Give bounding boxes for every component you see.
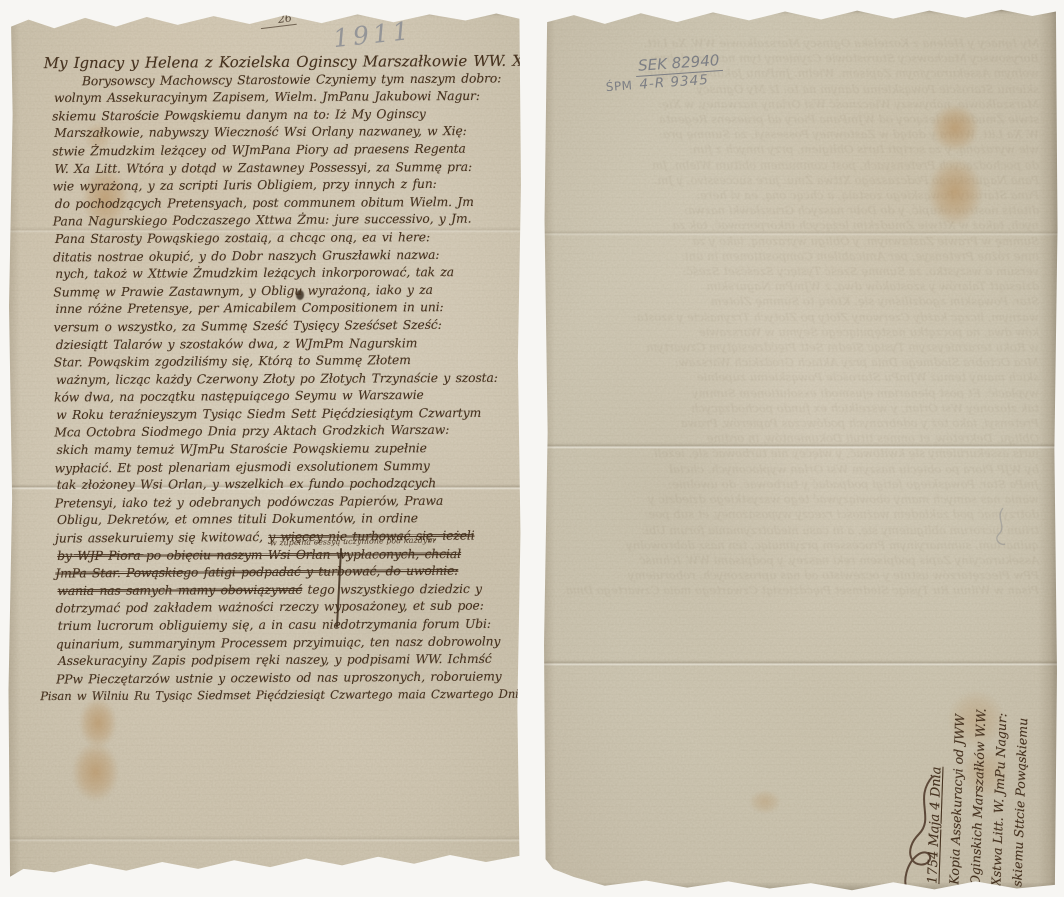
struck-text: JmPa Star. Powąskiego fatigi podpadać y … (55, 564, 458, 581)
manuscript-verso-page: My Ignacy y Helena z Kozielska Oginscy M… (543, 8, 1058, 892)
show-through-line: Star. Powąskim zgodziliśmy się, Którą to… (561, 294, 1039, 309)
manuscript-line: wania nas samych mamy obowiązywać tego w… (57, 581, 513, 601)
verso-docket: 1754 Maja 4 DniaKopia Assekuracyi od JWW… (922, 649, 1042, 888)
water-stain (749, 790, 781, 814)
show-through-line: versum o wszystko, za Summę Sześć Tysięc… (561, 264, 1039, 279)
manuscript-line: W. Xa Litt. Wtóra y dotąd w Zastawney Po… (54, 158, 510, 178)
manuscript-line: skich mamy temuż WJmPu Staroście Powąski… (56, 440, 512, 460)
show-through-line: dotrzymać pod zakładem ważności rzeczy w… (561, 507, 1039, 522)
torn-edge (543, 8, 1058, 15)
manuscript-line: My Ignacy y Helena z Kozielska Oginscy M… (44, 53, 510, 73)
manuscript-line: w Roku teraźnieyszym Tysiąc Siedm Sett P… (56, 405, 512, 425)
water-stain (927, 158, 983, 226)
manuscript-line: Marszałkowie, nabywszy Wieczność Wsi Orl… (54, 123, 510, 143)
torn-edge (543, 882, 1058, 892)
shelfmark-fraction: SEK 82940 4-R 9345 (635, 52, 725, 92)
show-through-line: Pretensyi, iako też y odebranych podówcz… (561, 416, 1039, 431)
show-through-line: quinarium, summaryinym Processem przyimu… (561, 538, 1039, 553)
show-through-line: tak złożoney Wsi Orlan, y wszelkich ex f… (561, 401, 1039, 416)
torn-edge (8, 872, 522, 882)
show-through-line: wania nas samych mamy obowiązywać tego w… (561, 492, 1039, 507)
manuscript-line: versum o wszystko, za Summę Sześć Tysięc… (54, 316, 510, 337)
document-scan: 26 1911 My Ignacy y Helena z Kozielska O… (0, 0, 1064, 897)
show-through-line: dziesiątt Talarów y szostaków dwa, z WJm… (561, 279, 1039, 294)
manuscript-line: Pana Starosty Powąskiego zostaią, a chcą… (55, 229, 511, 249)
fold-crease (8, 836, 522, 842)
manuscript-line: Pisan w Wilniu Ru Tysiąc Siedmset Pięćdz… (40, 686, 514, 706)
show-through-line: trium lucrorum obliguiemy się, a in casu… (561, 523, 1039, 538)
manuscript-line: inne różne Pretensye, per Amicabilem Com… (55, 299, 511, 319)
show-through-line: ków dwa, na początku następuiącego Seymu… (561, 325, 1039, 340)
show-through-line: wypłacić. Et post plenariam ejusmodi exs… (561, 386, 1039, 401)
manuscript-line: tak złożoney Wsi Orlan, y wszelkich ex f… (57, 475, 513, 495)
manuscript-line: nych, takoż w Xttwie Żmudzkim leżących i… (55, 264, 511, 284)
archival-shelfmark: ŚPM SEK 82940 4-R 9345 (604, 52, 724, 94)
page-curl-shading (1038, 8, 1058, 892)
struck-text: by WJP Piora po obięciu naszym Wsi Orlan… (57, 547, 461, 563)
struck-text: wania nas samych mamy obowiązywać (57, 583, 302, 598)
manuscript-text: My Ignacy y Helena z Kozielska Oginscy M… (28, 52, 513, 706)
manuscript-line: do pochodzących Pretensyach, post commun… (55, 194, 511, 214)
show-through-line: Assekuracyiny Zapis podpisem ręki naszey… (561, 553, 1039, 568)
show-through-line: inne różne Pretensye, per Amicabilem Com… (561, 249, 1039, 264)
manuscript-line: stwie Żmudzkim leżącey od WJmPana Piory … (52, 140, 508, 161)
water-stain (72, 742, 119, 802)
manuscript-recto-page: 26 1911 My Ignacy y Helena z Kozielska O… (8, 10, 522, 882)
fold-crease (543, 443, 1058, 449)
pencil-year-annotation: 1911 (332, 16, 414, 53)
manuscript-line: Assekuracyiny Zapis podpisem ręki naszey… (58, 651, 514, 671)
show-through-line: Pisan w Wilniu Ru Tysiąc Siedmset Pięćdz… (561, 583, 1039, 598)
page-edge-shading (543, 8, 555, 892)
show-through-line: ważnym, licząc każdy Czerwony Złoty po Z… (561, 310, 1039, 325)
manuscript-line: trium lucrorum obliguiemy się, a in casu… (58, 616, 514, 636)
page-edge-shading (8, 10, 20, 882)
pencil-mark (991, 506, 1009, 548)
water-stain (931, 104, 979, 152)
manuscript-line: dziesiątt Talarów y szostaków dwa, z WJm… (56, 334, 512, 354)
manuscript-line: by WJP Piora po obięciu naszym Wsi Orlan… (57, 545, 513, 565)
torn-edge (8, 10, 522, 17)
folio-number-mark: 26 (259, 11, 296, 29)
manuscript-line: wolnym Assekuracyinym Zapisem, Wielm. Jm… (54, 88, 510, 108)
show-through-line: JmPa Star. Powąskiego fatigi podpadać y … (561, 477, 1039, 492)
manuscript-line: ważnym, licząc każdy Czerwony Złoty po Z… (56, 369, 512, 389)
shelfmark-prefix: ŚPM (605, 79, 633, 95)
manuscript-line: Obligu, Dekretów, et omnes tituli Dokume… (57, 510, 513, 530)
show-through-line: by WJP Piora po obięciu naszym Wsi Orlan… (561, 462, 1039, 477)
manuscript-line: Star. Powąskim zgodziliśmy się, Którą to… (54, 351, 510, 372)
show-through-line: PPw Pieczętarzów ustnie y oczewisto od n… (561, 568, 1039, 583)
show-through-line: Mca Octobra Siodmego Dnia przy Aktach Gr… (561, 355, 1039, 370)
fold-crease (543, 230, 1058, 236)
show-through-line: My Ignacy y Helena z Kozielska Oginscy M… (561, 36, 1039, 51)
show-through-line: w Roku teraźnieyszym Tysiąc Siedm Sett P… (561, 340, 1039, 355)
pen-flourish-icon (895, 772, 939, 892)
show-through-line: skich mamy temuż WJmPu Staroście Powąski… (561, 370, 1039, 385)
